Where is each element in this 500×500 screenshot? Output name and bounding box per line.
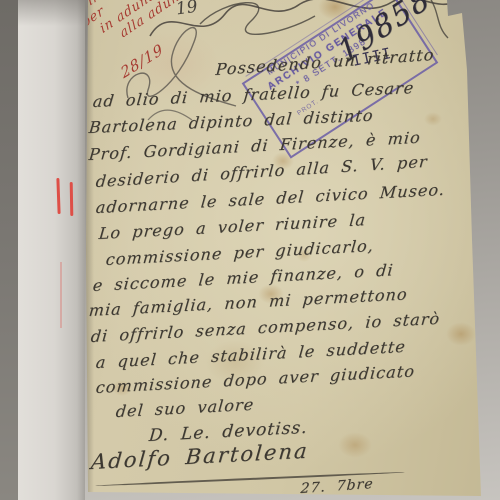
red-check-mark xyxy=(70,182,74,216)
letter-line: del suo valore xyxy=(115,395,255,421)
photograph-of-letter: 19 5 Gennaio per in adunanza alla adunan… xyxy=(0,0,500,500)
backing-sheet xyxy=(18,0,85,500)
signature: Adolfo Bartolena xyxy=(90,439,310,474)
red-annotation-date: 28/19 xyxy=(118,40,166,83)
backdrop-dark-strip xyxy=(0,0,18,500)
paper-edge-shadow xyxy=(84,0,94,500)
letter-date-note: 27. 7bre xyxy=(300,476,374,497)
red-faint-mark xyxy=(60,262,62,328)
stain xyxy=(446,322,476,346)
stain xyxy=(424,112,442,126)
stain xyxy=(338,432,372,458)
